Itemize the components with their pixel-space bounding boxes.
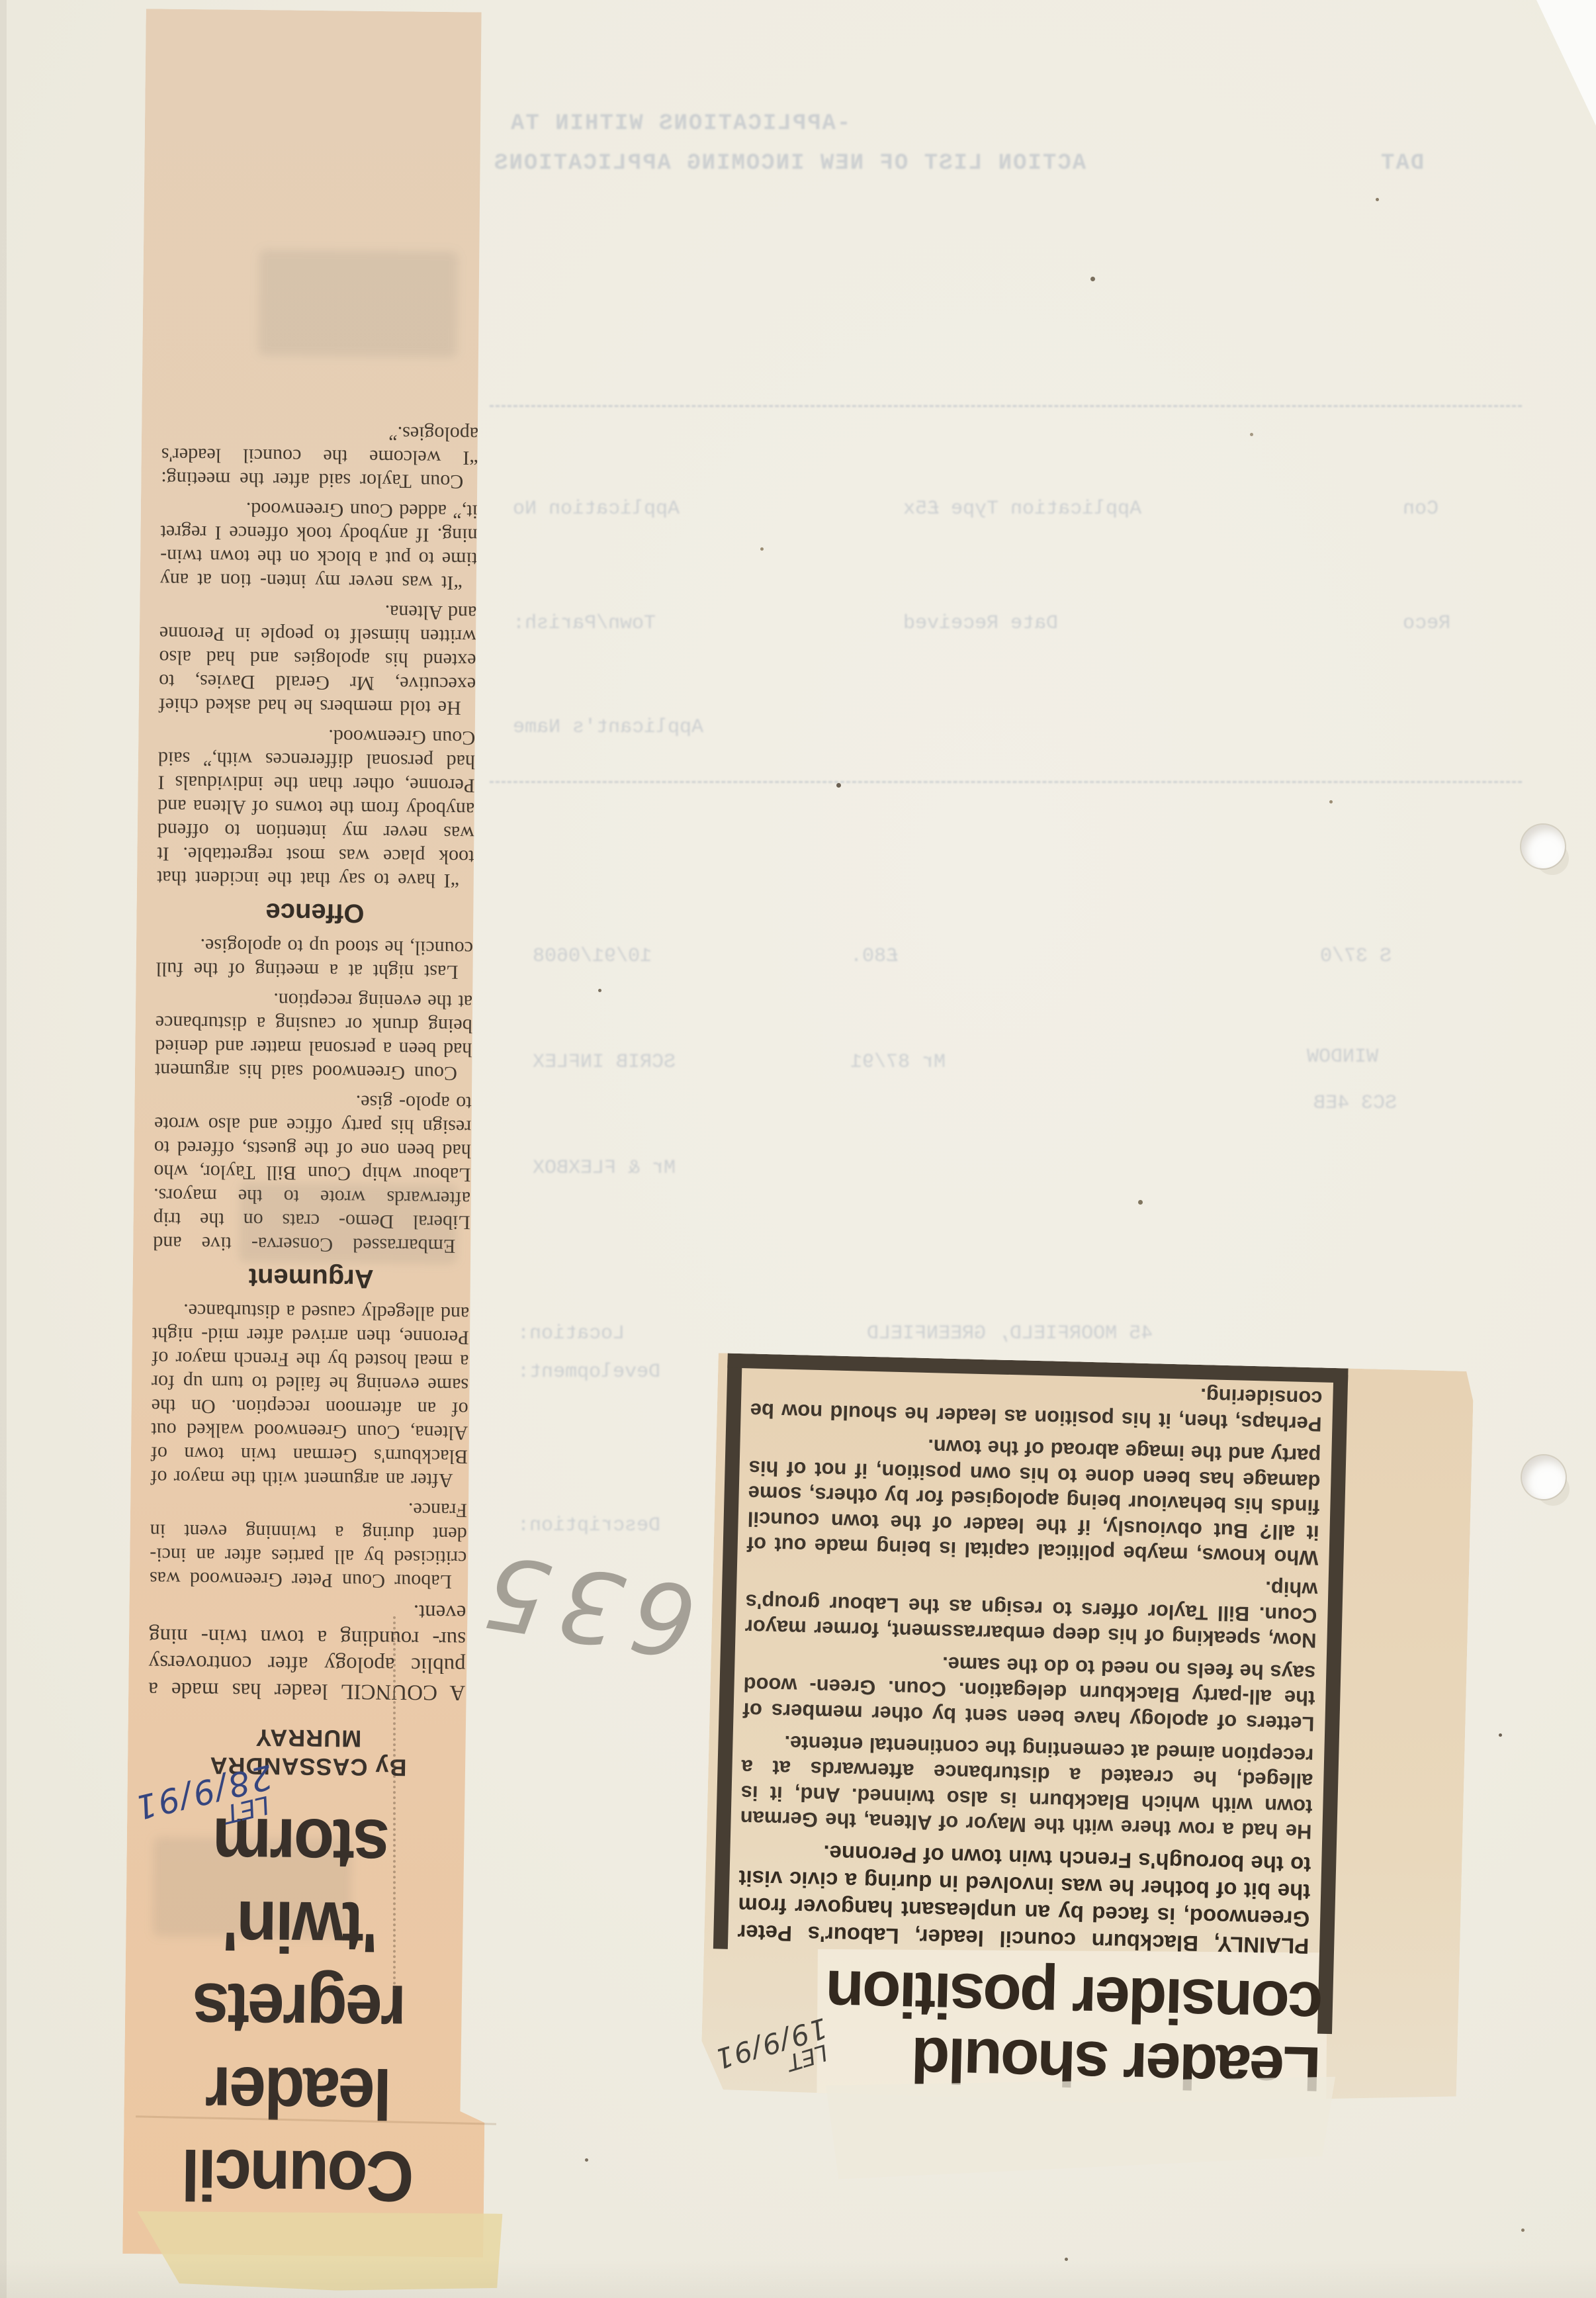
headline-line: Council <box>142 2133 456 2219</box>
paragraph: A COUNCIL leader has made a public apolo… <box>148 1596 466 1706</box>
paragraph: He had a row there with the Mayor of Alt… <box>740 1729 1313 1845</box>
ghost-text-fragment: DAT <box>1380 151 1424 176</box>
paragraph: Who knows, maybe political capital is be… <box>746 1429 1321 1570</box>
byline: By CASSANDRA MURRAY <box>128 1722 489 1782</box>
ghost-text-fragment: -APPLICATIONS WITHIN TA <box>510 111 850 136</box>
ghost-text-fragment: WINDOW <box>1307 1046 1378 1068</box>
ghost-text-fragment: Reco <box>1403 612 1450 635</box>
dotted-column-rule <box>393 1616 396 1990</box>
paragraph: PLAINLY, Blackburn council leader, Labou… <box>737 1837 1311 1960</box>
scan-corner-wedge <box>1536 0 1596 126</box>
print-through-smudge <box>239 1183 458 1264</box>
page-edge-shade <box>0 2258 1596 2298</box>
paragraph: Labour Coun Peter Greenwood was criticis… <box>150 1494 467 1593</box>
ghost-text-fragment: Mr & FLEXBOX <box>533 1157 676 1179</box>
column-rule-right <box>713 1360 742 1949</box>
ghost-text-fragment: SCRIB INFLEX <box>533 1051 676 1074</box>
paragraph: Last night at a meeting of the full coun… <box>155 933 473 984</box>
pencil-archive-number: 635 <box>490 1534 704 1679</box>
subheading: Argument <box>152 1260 469 1295</box>
left-article-body: A COUNCIL leader has made a public apolo… <box>148 418 478 1706</box>
ghost-text-fragment: Application Type £5x <box>903 498 1141 520</box>
scanned-archive-page: -APPLICATIONS WITHIN TAACTION LIST OF NE… <box>0 0 1596 2298</box>
ghost-text-fragment: Mr 87/91 <box>850 1051 946 1074</box>
paragraph: Coun Greenwood said his argument had bee… <box>155 986 472 1085</box>
ghost-text-fragment: £80. <box>850 945 898 968</box>
ghost-text-fragment: Town/Parish: <box>513 612 656 635</box>
newspaper-clipping-leader-should: Leader should consider position LET 19/9… <box>701 1353 1474 2111</box>
paragraph: Now, speaking of his deep embarrassment,… <box>744 1563 1318 1653</box>
ghost-text-fragment: ACTION LIST OF NEW INCOMING APPLICATIONS <box>493 151 1086 176</box>
ghost-text-fragment: S 37/0 <box>1320 945 1392 968</box>
byline-line: MURRAY <box>128 1722 488 1754</box>
paragraph: He told members he had asked chief execu… <box>159 597 477 719</box>
ghost-text-fragment: Development: <box>517 1361 660 1383</box>
ghost-text-fragment: Application No <box>513 498 680 520</box>
right-article-body: PLAINLY, Blackburn council leader, Labou… <box>737 1365 1323 1959</box>
print-through-smudge <box>258 250 458 357</box>
page-edge-shade <box>0 0 7 2298</box>
left-clipping-headline: Council leader regrets 'twin' storm <box>142 1801 459 2219</box>
punch-hole <box>1522 1455 1566 1499</box>
newspaper-clipping-council-leader: Council leader regrets 'twin' storm LET … <box>122 9 506 2258</box>
ghost-text-fragment: Con <box>1403 498 1439 520</box>
ghost-text-fragment: Date Received <box>903 612 1058 635</box>
ghost-dashed-line <box>490 405 1522 407</box>
ghost-text-fragment: Location: <box>517 1322 625 1345</box>
clear-tape-strip <box>826 2071 1338 2179</box>
paragraph: “I have to say that the incident that to… <box>157 722 476 892</box>
ghost-text-fragment: 10/91/0608 <box>533 945 652 968</box>
paper-specks <box>0 0 2 2</box>
ghost-text-fragment: Applicant's Name <box>513 716 703 739</box>
paragraph: “It was never my inten- tion at any time… <box>160 496 478 594</box>
punch-hole <box>1521 825 1565 868</box>
paragraph: After an argument with the mayor of Blac… <box>150 1298 469 1492</box>
paragraph: Coun Taylor said after the meeting: “I w… <box>161 418 478 493</box>
ghost-text-fragment: Description: <box>517 1514 660 1537</box>
paragraph: Perhaps, then, it his position as leader… <box>750 1371 1323 1436</box>
ghost-dashed-line <box>490 781 1522 783</box>
ghost-text-fragment: SC3 4EB <box>1313 1092 1397 1115</box>
ghost-text-fragment: 45 MOORFIELD, GREENFIELD <box>867 1322 1153 1345</box>
headline-line: 'twin' <box>144 1884 459 1970</box>
subheading: Offence <box>156 895 473 930</box>
headline-line: regrets <box>143 1967 457 2053</box>
column-rule-left <box>1317 1375 1348 2034</box>
paragraph: Letters of apology have been sent by oth… <box>742 1646 1316 1736</box>
